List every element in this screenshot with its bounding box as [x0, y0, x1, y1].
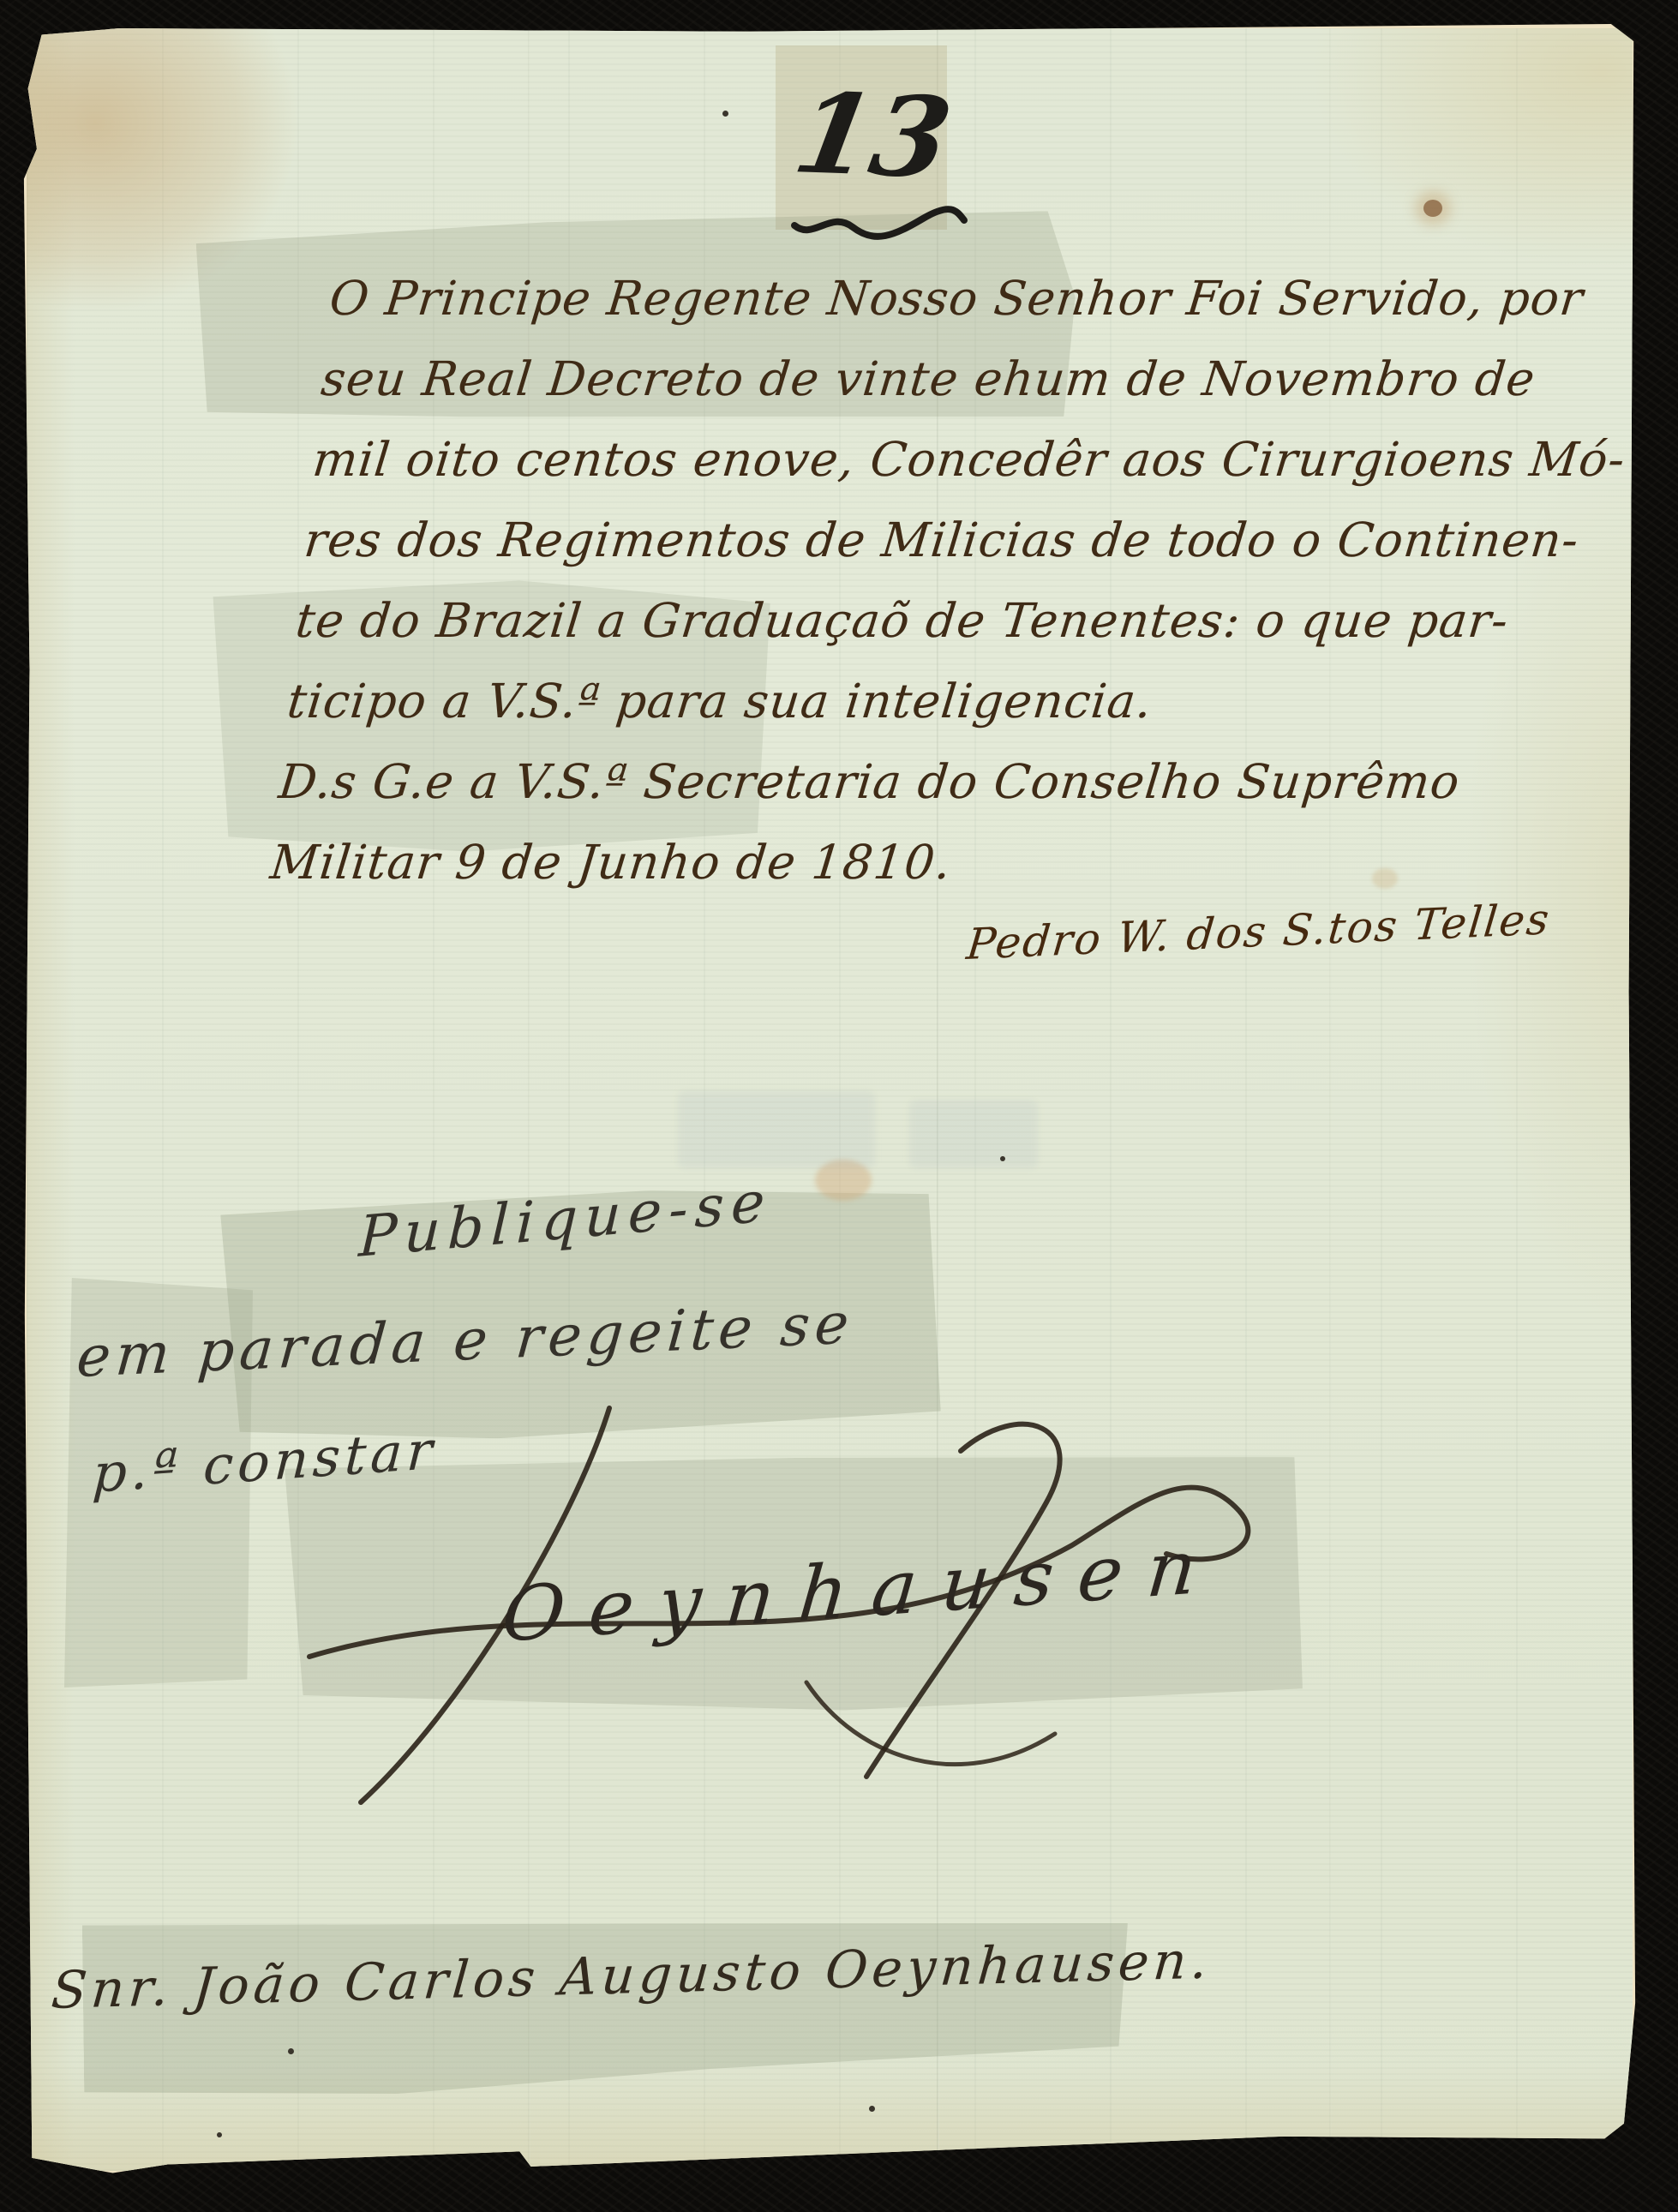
body-line: Militar 9 de Junho de 1810.	[267, 822, 1595, 902]
bleed-through-ghost	[678, 1091, 875, 1168]
secretary-signature: Pedro W. dos S.tos Telles	[964, 894, 1553, 968]
foxing-stain	[1423, 200, 1442, 217]
page-number: 13	[786, 69, 960, 203]
manuscript-page: 13 O Principe Regente Nosso Senhor Foi S…	[22, 24, 1637, 2175]
body-line: te do Brazil a Graduaçaõ de Tenentes: o …	[292, 580, 1621, 661]
ink-speck	[217, 2132, 222, 2137]
paper-surface: 13 O Principe Regente Nosso Senhor Foi S…	[27, 28, 1633, 2171]
ink-speck	[1000, 1156, 1005, 1161]
bleed-through-ghost	[909, 1100, 1038, 1168]
ink-speck	[722, 111, 728, 117]
body-line: O Principe Regente Nosso Senhor Foi Serv…	[326, 258, 1654, 339]
body-line: seu Real Decreto de vinte ehum de Novemb…	[317, 339, 1645, 419]
body-line: mil oito centos enove, Concedêr aos Ciru…	[309, 419, 1637, 500]
ink-speck	[288, 2048, 294, 2054]
letter-body: O Principe Regente Nosso Senhor Foi Serv…	[267, 258, 1654, 902]
body-line: D.s G.e a V.S.ª Secretaria do Conselho S…	[275, 741, 1603, 822]
ink-speck	[869, 2106, 875, 2112]
body-line: ticipo a V.S.ª para sua inteligencia.	[284, 661, 1612, 741]
body-line: res dos Regimentos de Milicias de todo o…	[300, 500, 1628, 580]
